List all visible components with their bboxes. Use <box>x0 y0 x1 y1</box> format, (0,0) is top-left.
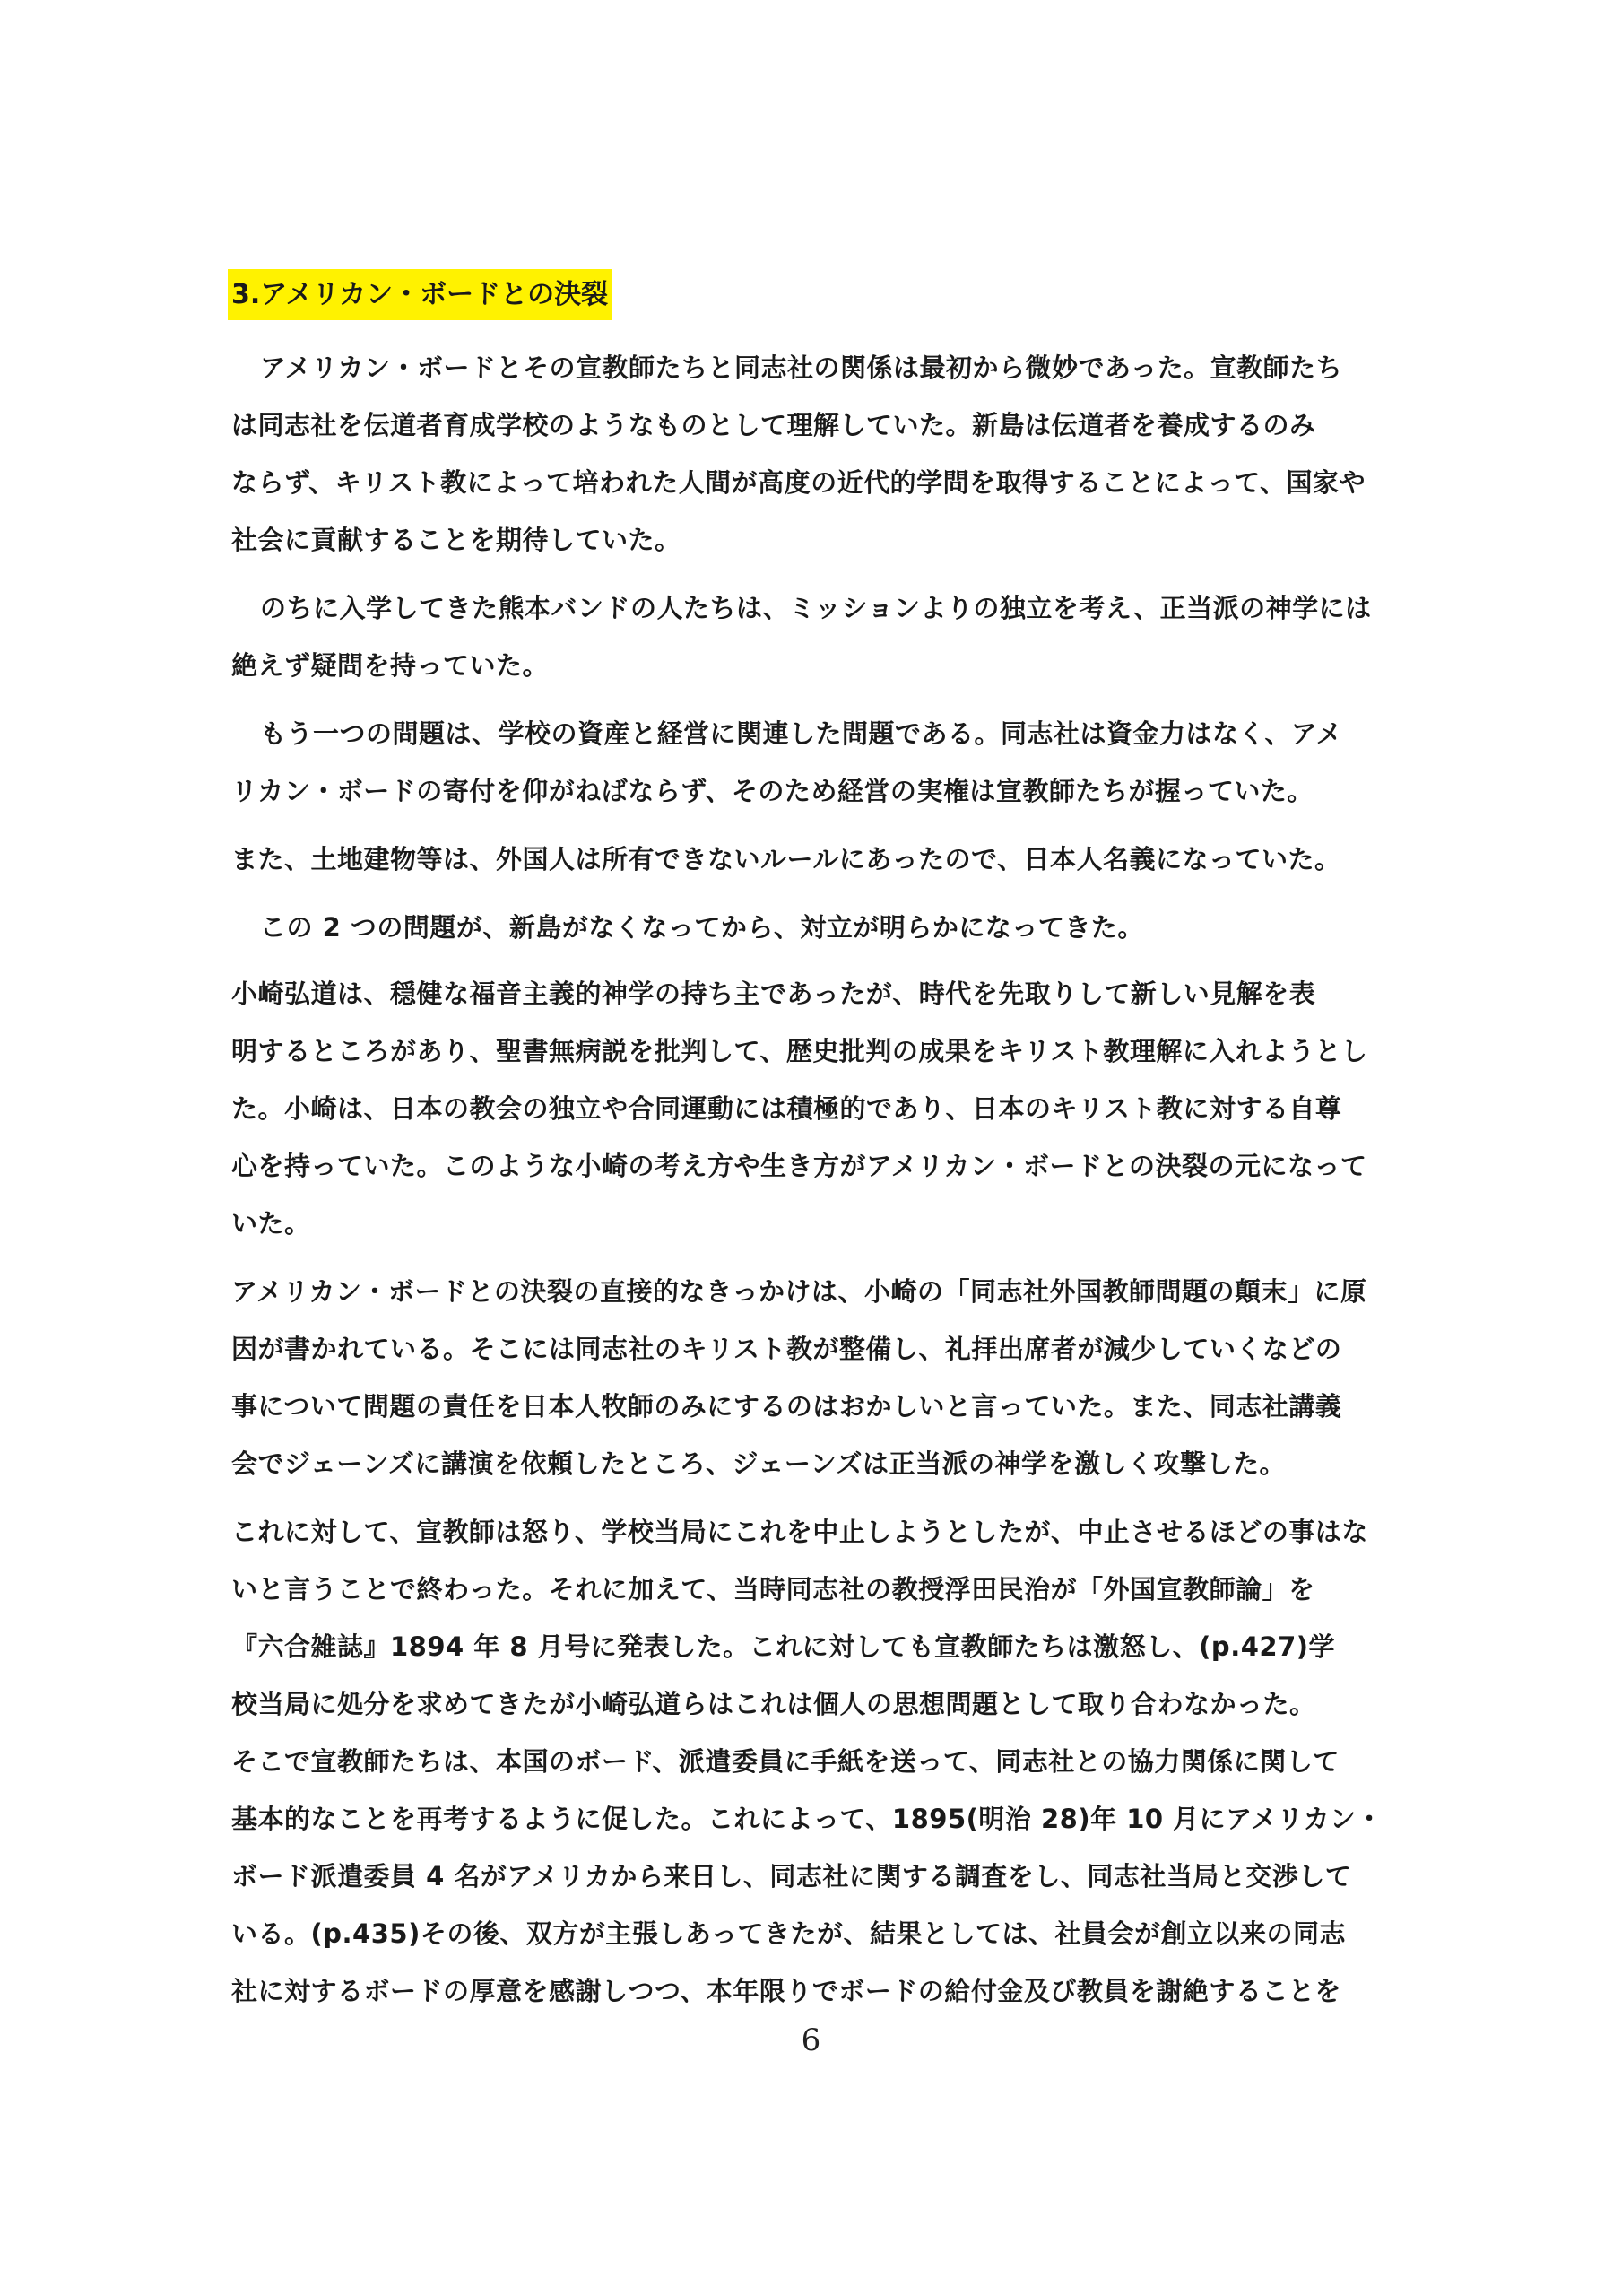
text-line: リカン・ボードの寄付を仰がねばならず、そのため経営の実権は宣教師たちが握っていた… <box>231 769 1314 813</box>
text-line: ボード派遣委員 4 名がアメリカから来日し、同志社に関する調査をし、同志社当局と… <box>231 1854 1351 1899</box>
text-line: 因が書かれている。そこには同志社のキリスト教が整備し、礼拝出席者が減少していくな… <box>231 1326 1341 1371</box>
text-line: いた。 <box>231 1201 311 1246</box>
text-line: 小崎弘道は、穏健な福音主義的神学の持ち主であったが、時代を先取りして新しい見解を… <box>231 971 1315 1016</box>
text-line: た。小崎は、日本の教会の独立や合同運動には積極的であり、日本のキリスト教に対する… <box>231 1086 1341 1131</box>
text-line: そこで宣教師たちは、本国のボード、派遣委員に手紙を送って、同志社との協力関係に関… <box>231 1739 1340 1784</box>
text-line: もう一つの問題は、学校の資産と経営に関連した問題である。同志社は資金力はなく、ア… <box>260 711 1342 756</box>
text-line: 心を持っていた。このような小崎の考え方や生き方がアメリカン・ボードとの決裂の元に… <box>231 1144 1366 1188</box>
text-line: これに対して、宣教師は怒り、学校当局にこれを中止しようとしたが、中止させるほどの… <box>231 1509 1368 1554</box>
section-heading: 3.アメリカン・ボードとの決裂 <box>228 269 612 320</box>
text-line: 社に対するボードの厚意を感謝しつつ、本年限りでボードの給付金及び教員を謝絶するこ… <box>231 1969 1341 2013</box>
text-line: アメリカン・ボードとその宣教師たちと同志社の関係は最初から微妙であった。宣教師た… <box>260 345 1342 390</box>
text-line: 社会に貢献することを期待していた。 <box>231 517 681 562</box>
text-line: のちに入学してきた熊本バンドの人たちは、ミッションよりの独立を考え、正当派の神学… <box>260 586 1372 631</box>
page-number: 6 <box>0 2020 1622 2061</box>
text-line: 『六合雑誌』1894 年 8 月号に発表した。これに対しても宣教師たちは激怒し、… <box>231 1624 1335 1669</box>
text-line: は同志社を伝道者育成学校のようなものとして理解していた。新島は伝道者を養成するの… <box>231 403 1316 448</box>
text-line: 事について問題の責任を日本人牧師のみにするのはおかしいと言っていた。また、同志社… <box>231 1384 1341 1429</box>
text-line: 基本的なことを再考するように促した。これによって、1895(明治 28)年 10… <box>231 1796 1383 1841</box>
text-line: また、土地建物等は、外国人は所有できないルールにあったので、日本人名義になってい… <box>231 837 1341 882</box>
text-line: いと言うことで終わった。それに加えて、当時同志社の教授浮田民治が「外国宣教師論」… <box>231 1567 1315 1612</box>
text-line: 絶えず疑問を持っていた。 <box>231 643 549 688</box>
document-page: 3.アメリカン・ボードとの決裂 アメリカン・ボードとその宣教師たちと同志社の関係… <box>0 0 1622 2296</box>
text-line: 会でジェーンズに講演を依頼したところ、ジェーンズは正当派の神学を激しく攻撃した。 <box>231 1441 1286 1486</box>
text-line: 校当局に処分を求めてきたが小崎弘道らはこれは個人の思想問題として取り合わなかった… <box>231 1682 1316 1726</box>
text-line: ならず、キリスト教によって培われた人間が高度の近代的学問を取得することによって、… <box>231 460 1366 505</box>
text-line: アメリカン・ボードとの決裂の直接的なきっかけは、小崎の「同志社外国教師問題の顛末… <box>231 1269 1366 1314</box>
text-line: この 2 つの問題が、新島がなくなってから、対立が明らかになってきた。 <box>260 905 1144 950</box>
text-line: 明するところがあり、聖書無病説を批判して、歴史批判の成果をキリスト教理解に入れよ… <box>231 1029 1367 1074</box>
text-line: いる。(p.435)その後、双方が主張しあってきたが、結果としては、社員会が創立… <box>231 1911 1346 1956</box>
